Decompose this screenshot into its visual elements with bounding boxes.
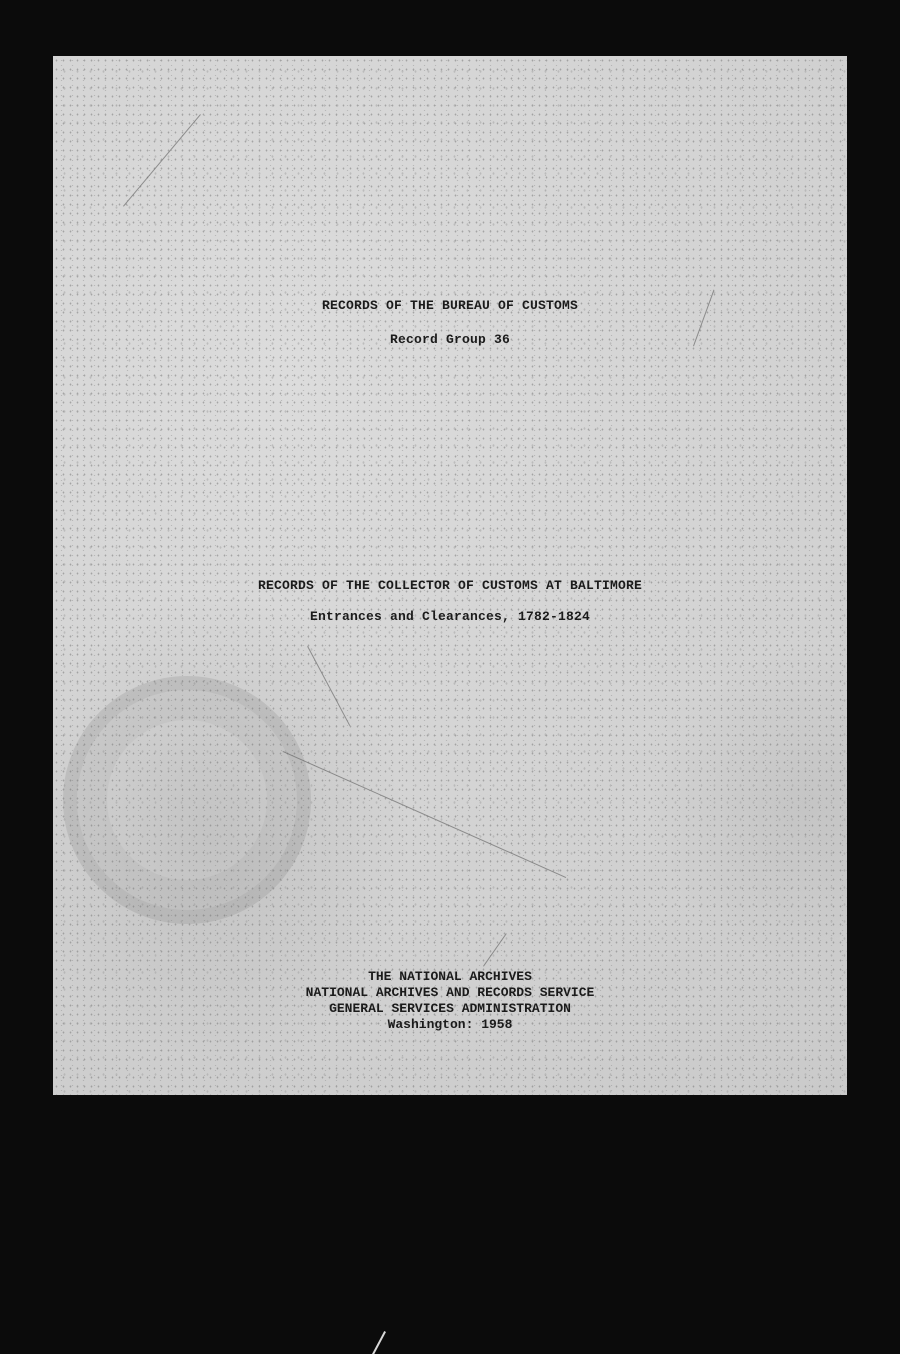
publisher-block: THE NATIONAL ARCHIVES NATIONAL ARCHIVES … <box>53 969 847 1033</box>
publisher-line: GENERAL SERVICES ADMINISTRATION <box>53 1001 847 1017</box>
publisher-line: THE NATIONAL ARCHIVES <box>53 969 847 985</box>
record-group: Record Group 36 <box>53 332 847 347</box>
publisher-line: Washington: 1958 <box>53 1017 847 1033</box>
publisher-line: NATIONAL ARCHIVES AND RECORDS SERVICE <box>53 985 847 1001</box>
document-page: RECORDS OF THE BUREAU OF CUSTOMS Record … <box>53 56 847 1095</box>
series-title: RECORDS OF THE BUREAU OF CUSTOMS <box>53 298 847 313</box>
film-scratch-mark <box>372 1331 386 1354</box>
paper-texture <box>53 56 847 1095</box>
subtitle: Entrances and Clearances, 1782-1824 <box>53 609 847 624</box>
seal-watermark <box>63 676 311 924</box>
collection-title: RECORDS OF THE COLLECTOR OF CUSTOMS AT B… <box>53 578 847 593</box>
